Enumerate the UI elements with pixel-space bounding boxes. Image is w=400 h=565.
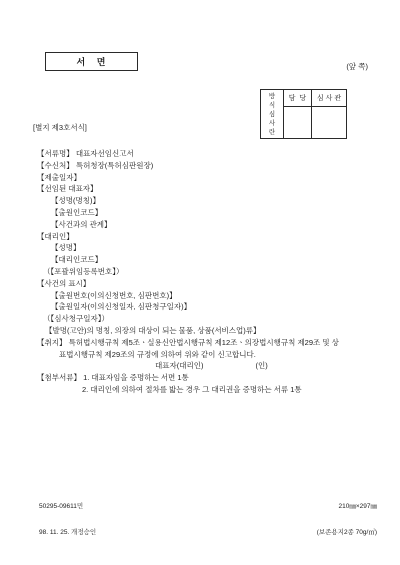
form-line-agent-name: 【성명】 [51, 242, 382, 254]
form-line-relation-to-case: 【사건과의 관계】 [51, 219, 382, 231]
form-line-document-name: 【서류명】 대표자선임신고서 [37, 148, 382, 160]
form-line-invention-title: 【발명(고안)의 명칭, 의장의 대상이 되는 물품, 상품(서비스업)류】 [45, 325, 382, 337]
revision-date: 98. 11. 25. 개정승인 [39, 529, 96, 538]
review-table-cell-manager [284, 107, 312, 138]
form-line-appointed-representative: 【선임된 대표자】 [37, 183, 382, 195]
form-line-applicant-code: 【출원인코드】 [51, 207, 382, 219]
signature-line: 대표자(대리인) (인) [155, 360, 382, 372]
signature-label: 대표자(대리인) [155, 360, 203, 372]
front-side-label: (앞 쪽) [346, 61, 368, 72]
form-line-recipient: 【수신처】 특허청장(특허심판원장) [37, 160, 382, 172]
form-body: 【서류명】 대표자선임신고서 【수신처】 특허청장(특허심판원장) 【제출일자】… [37, 148, 382, 396]
review-table-header-examiner: 심 사 관 [312, 90, 346, 107]
paper-size: 210㎜×297㎜ [317, 503, 377, 512]
form-line-attachment-2: 2. 대리인에 의하여 절차를 밟는 경우 그 대리권을 증명하는 서류 1통 [82, 384, 382, 396]
review-table-cell-examiner [312, 107, 346, 138]
scanned-form-page: 서 면 (앞 쪽) 방식심사란 담 당 심 사 관 [별지 제3호서식] 【서류… [0, 0, 400, 565]
paper-spec: (보존용지2종 70g/㎡) [317, 529, 377, 538]
form-line-purpose-2: 표법시행규칙 제29조의 규정에 의하여 위와 같이 신고합니다. [59, 349, 382, 361]
document-title-box: 서 면 [45, 52, 138, 71]
form-line-agent: 【대리인】 [37, 231, 382, 243]
form-line-case-indication: 【사건의 표시】 [37, 278, 382, 290]
attachment-ref-label: [별지 제3호서식] [33, 122, 87, 133]
form-line-attachment-1: 【첨부서류】 1. 대표자임을 증명하는 서면 1통 [37, 372, 382, 384]
form-line-purpose-1: 【취지】 특허법시행규칙 제5조ㆍ실용신안법시행규칙 제12조ㆍ의장법시행규칙 … [37, 337, 382, 349]
doc-code: 50295-09611민 [39, 503, 96, 512]
form-line-application-number: 【출원번호(이의신청번호, 심판번호)】 [51, 290, 382, 302]
footer-right: 210㎜×297㎜ (보존용지2종 70g/㎡) [317, 486, 377, 555]
page-title: 서 면 [77, 55, 107, 68]
form-line-examination-request-date: （【심사청구일자】） [43, 313, 382, 325]
form-line-application-date: 【출원일자(이의신청일자, 심판청구일자)】 [51, 301, 382, 313]
form-line-blanket-delegation-number: （【포괄위임등록번호】） [43, 266, 382, 278]
form-line-rep-name: 【성명(명칭)】 [51, 195, 382, 207]
formality-review-table: 방식심사란 담 당 심 사 관 [260, 89, 347, 139]
footer-left: 50295-09611민 98. 11. 25. 개정승인 [39, 486, 96, 555]
review-table-header-manager: 담 당 [284, 90, 312, 107]
form-line-submit-date: 【제출일자】 [37, 172, 382, 184]
review-table-vertical-header: 방식심사란 [261, 90, 284, 138]
seal-mark: (인) [255, 360, 267, 372]
form-line-agent-code: 【대리인코드】 [51, 254, 382, 266]
